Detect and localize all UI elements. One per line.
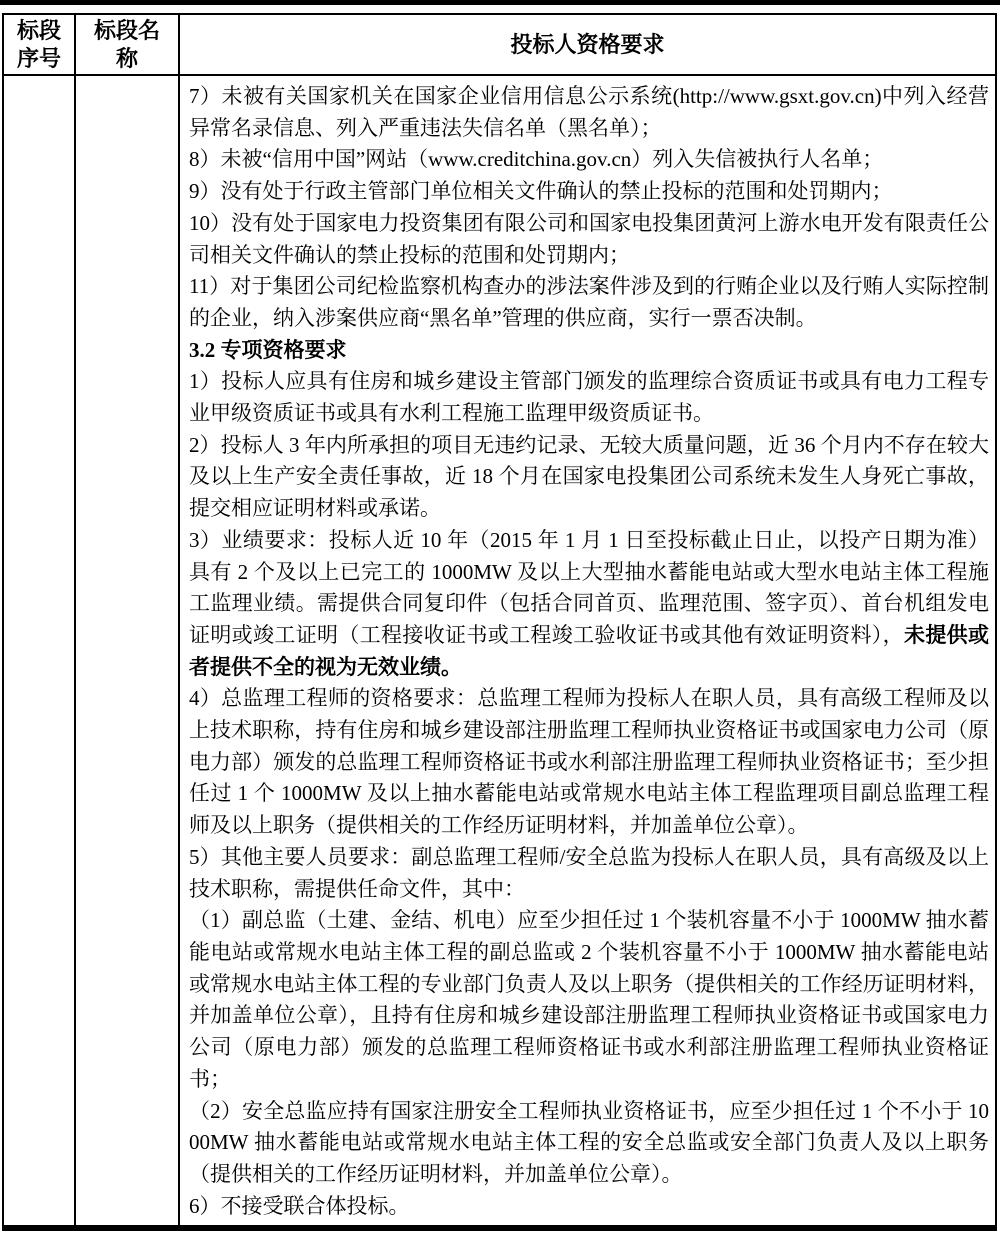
requirement-item-8: 8）未被“信用中国”网站（www.creditchina.gov.cn）列入失信… [189, 144, 989, 176]
requirement-item-5: 5）其他主要人员要求：副总监理工程师/安全总监为投标人在职人员，具有高级及以上技… [189, 842, 989, 905]
requirement-item-10: 10）没有处于国家电力投资集团有限公司和国家电投集团黄河上游水电开发有限责任公司… [189, 208, 989, 271]
cell-section-name [76, 76, 180, 1225]
table-header-row: 标段序号 标段名称 投标人资格要求 [4, 15, 995, 76]
requirement-item-7: 7）未被有关国家机关在国家企业信用信息公示系统(http://www.gsxt.… [189, 81, 989, 144]
requirement-item-2: 2）投标人 3 年内所承担的项目无违约记录、无较大质量问题，近 36 个月内不存… [189, 430, 989, 525]
requirement-item-3-text: 3）业绩要求：投标人近 10 年（2015 年 1 月 1 日至投标截止日止，以… [189, 528, 989, 647]
requirement-item-11: 11）对于集团公司纪检监察机构查办的涉法案件涉及到的行贿企业以及行贿人实际控制的… [189, 271, 989, 334]
top-rule [0, 0, 1000, 5]
bidder-qualification-table: 标段序号 标段名称 投标人资格要求 7）未被有关国家机关在国家企业信用信息公示系… [2, 13, 997, 1231]
requirement-item-9: 9）没有处于行政主管部门单位相关文件确认的禁止投标的范围和处罚期内； [189, 176, 989, 208]
requirement-item-1: 1）投标人应具有住房和城乡建设主管部门颁发的监理综合资质证书或具有电力工程专业甲… [189, 366, 989, 429]
cell-section-number [4, 76, 76, 1225]
table-body-row: 7）未被有关国家机关在国家企业信用信息公示系统(http://www.gsxt.… [4, 76, 995, 1225]
header-section-name: 标段名称 [76, 15, 180, 74]
requirement-item-3: 3）业绩要求：投标人近 10 年（2015 年 1 月 1 日至投标截止日止，以… [189, 525, 989, 684]
cell-qualification-content: 7）未被有关国家机关在国家企业信用信息公示系统(http://www.gsxt.… [180, 76, 995, 1225]
requirement-item-4: 4）总监理工程师的资格要求：总监理工程师为投标人在职人员，具有高级工程师及以上技… [189, 683, 989, 842]
section-heading-3-2: 3.2 专项资格要求 [189, 335, 989, 367]
requirement-item-5-sub-1: （1）副总监（土建、金结、机电）应至少担任过 1 个装机容量不小于 1000MW… [189, 905, 989, 1095]
header-section-number: 标段序号 [4, 15, 76, 74]
requirement-item-5-sub-2: （2）安全总监应持有国家注册安全工程师执业资格证书，应至少担任过 1 个不小于 … [189, 1096, 989, 1191]
header-qualification-requirements: 投标人资格要求 [180, 15, 995, 74]
requirement-item-6: 6）不接受联合体投标。 [189, 1191, 989, 1223]
